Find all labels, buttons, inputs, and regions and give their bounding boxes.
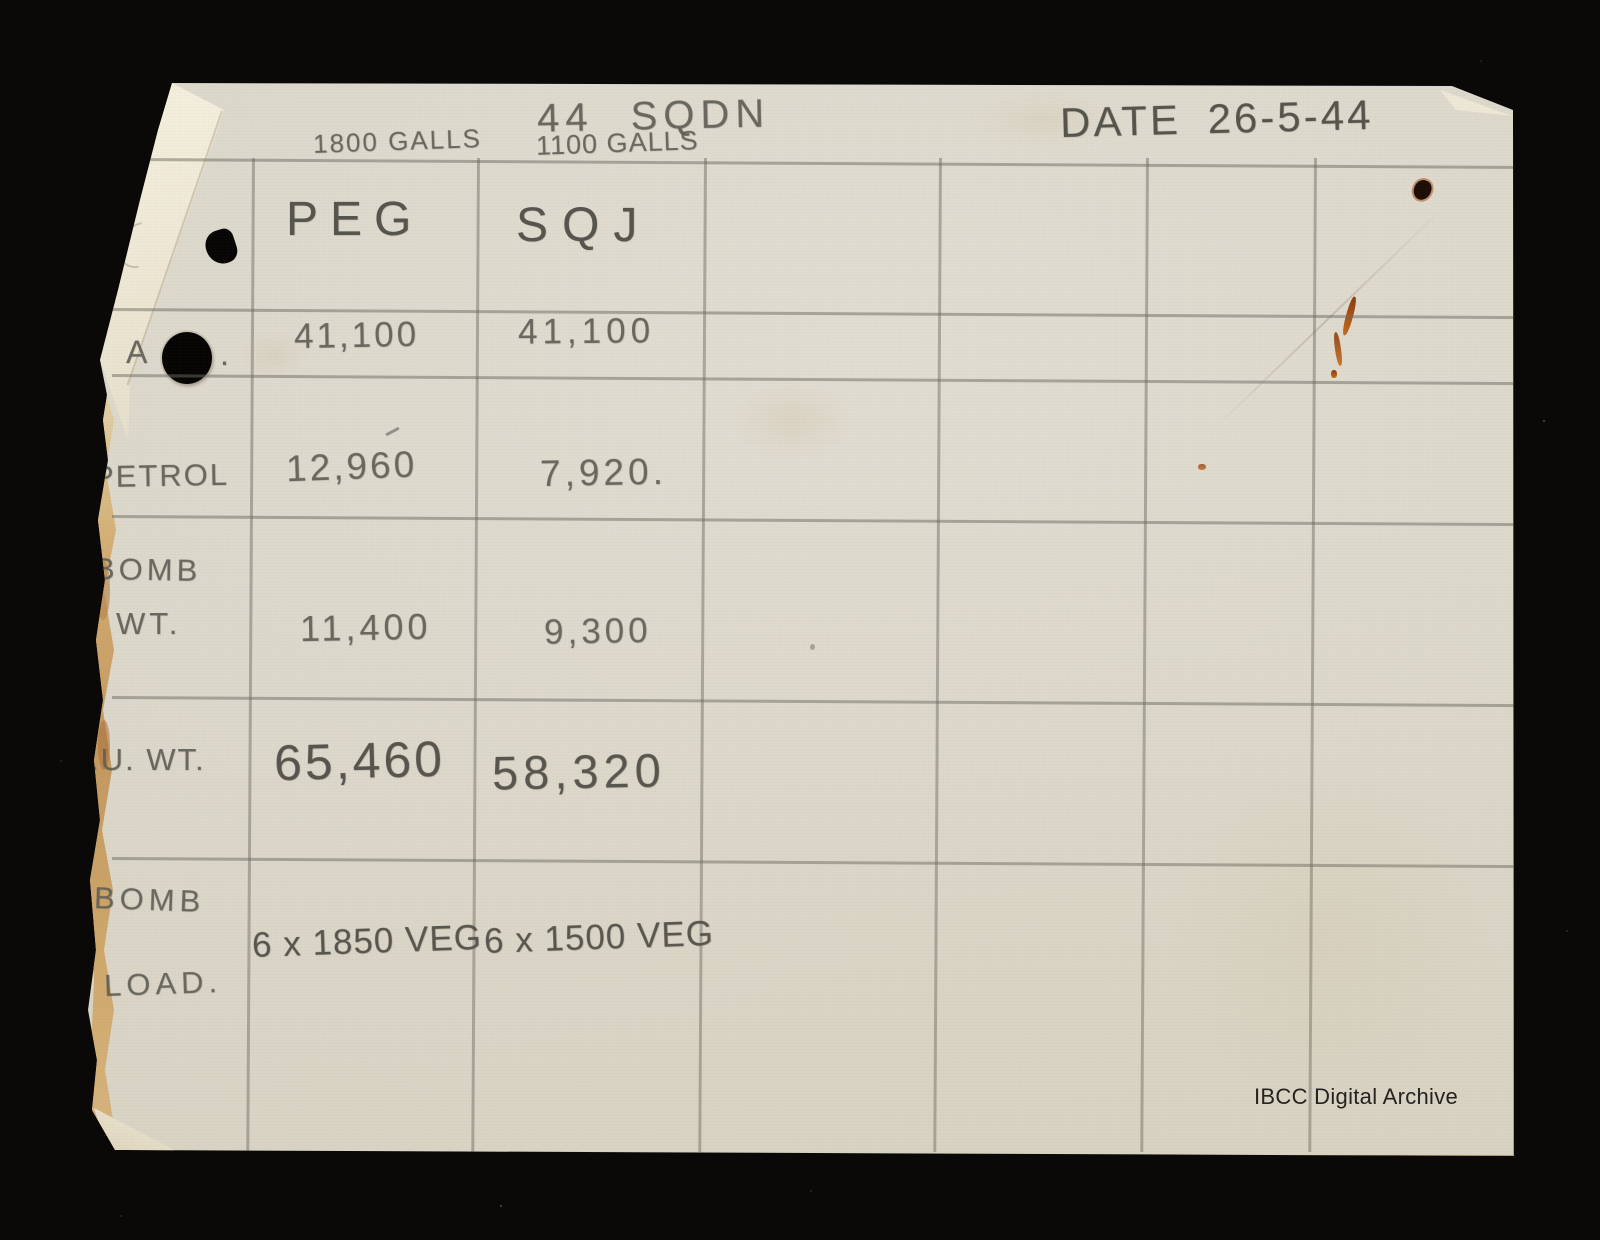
grid-hline-5 — [112, 696, 1514, 707]
pencil-tick-mark — [385, 427, 400, 437]
grid-hline-6 — [112, 857, 1514, 868]
stain — [728, 380, 858, 460]
row4-value-sqj: 58,320 — [492, 746, 667, 796]
dust-speck — [500, 1205, 502, 1207]
row3-value-peg: 11,400 — [300, 609, 432, 647]
grid-hline-1 — [134, 158, 1514, 169]
column-header-peg: PEG — [286, 196, 423, 244]
row5-value-peg: 6 x 1850 VEG — [251, 920, 482, 963]
row1-value-peg: 41,100 — [294, 317, 420, 354]
small-hole — [201, 226, 240, 268]
row1-label-prefix: A — [126, 336, 147, 368]
rust-speck — [1198, 464, 1206, 470]
grid-vline-1 — [246, 158, 255, 1152]
annotation-right-capacity: 1100 GALLS — [536, 127, 699, 160]
row2-value-peg: 12,960 — [285, 446, 417, 488]
crease-line — [1209, 207, 1444, 434]
row1-value-sqj: 41,100 — [518, 313, 655, 349]
folded-corner-flap — [88, 80, 328, 480]
column-header-sqj: SQJ — [516, 202, 651, 250]
dust-speck — [120, 1215, 122, 1217]
grid-vline-5 — [1140, 158, 1149, 1152]
grid-hline-3 — [112, 374, 1514, 385]
dust-speck — [810, 1190, 812, 1192]
pencil-speck — [810, 644, 815, 650]
grid-vline-2 — [471, 158, 480, 1152]
row2-label: PETROL — [93, 459, 230, 492]
dust-speck — [1566, 930, 1568, 932]
row4-value-peg: 65,460 — [273, 734, 445, 788]
row3-label-line1: BOMB — [94, 553, 202, 586]
dust-speck — [60, 760, 62, 762]
scan-canvas: { "header": { "left_capacity": "1800 GAL… — [0, 0, 1600, 1240]
grid-vline-4 — [933, 158, 942, 1152]
row2-value-sqj: 7,920. — [540, 453, 668, 492]
dust-speck — [1480, 60, 1482, 62]
rust-speck — [1331, 370, 1337, 378]
row3-value-sqj: 9,300 — [544, 613, 652, 650]
clipped-corner-top-right — [1428, 80, 1523, 125]
grid-vline-3 — [698, 158, 707, 1152]
row1-label-suffix: . — [220, 338, 229, 370]
row5-label-line2: LOAD. — [103, 966, 222, 1001]
burn-hole — [1411, 178, 1434, 203]
grid-vline-6 — [1308, 158, 1317, 1152]
row5-label-line1: BOMB — [93, 882, 205, 917]
row5-value-sqj: 6 x 1500 VEG — [483, 916, 714, 959]
stain — [1168, 760, 1488, 1110]
scanned-document-paper: 1800 GALLS 44 SQDN 1100 GALLS DATE 26-5-… — [88, 80, 1516, 1158]
annotation-left-capacity: 1800 GALLS — [313, 125, 483, 157]
rust-streak — [1333, 332, 1344, 367]
annotation-date: DATE 26-5-44 — [1060, 94, 1374, 144]
row3-label-line2: WT. — [116, 608, 181, 639]
grid-hline-4 — [112, 515, 1514, 526]
row4-label: .U. WT. — [90, 744, 206, 775]
dust-speck — [1543, 420, 1545, 422]
archive-watermark: IBCC Digital Archive — [1254, 1086, 1458, 1108]
